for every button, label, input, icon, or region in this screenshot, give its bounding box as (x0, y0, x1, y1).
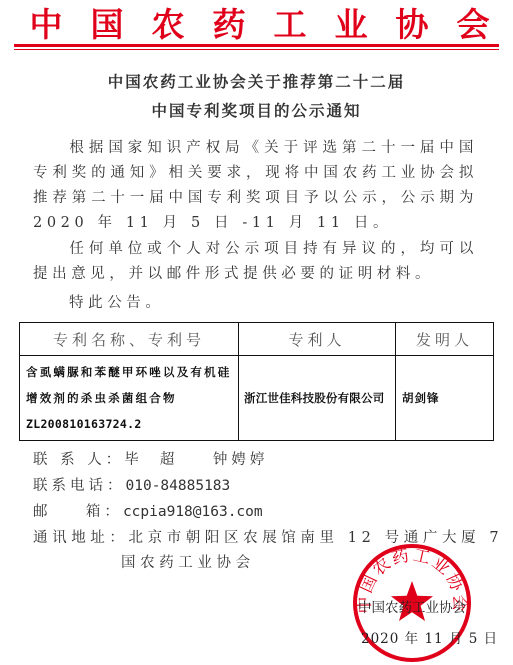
letterhead-divider-thick (14, 44, 499, 47)
letterhead-char: 协 (394, 0, 430, 46)
contact-address-line2: 国农药工业协会 (121, 551, 255, 572)
signature-organization: 中国农药工业协会 (358, 596, 466, 616)
letterhead-char: 国 (89, 0, 125, 46)
cell-patent-name: 含虱螨脲和苯醚甲环唑以及有机硅 增效剂的杀虫杀菌组合物 ZL2008101637… (20, 356, 239, 441)
cell-patentee: 浙江世佳科技股份有限公司 (239, 356, 396, 441)
paragraph-text: 特此公告。 (69, 295, 165, 311)
cell-inventor: 胡剑锋 (396, 356, 494, 441)
header-patentee: 专利人 (239, 323, 396, 356)
document-title-line2: 中国专利奖项目的公示通知 (0, 99, 513, 121)
body-paragraph-1: 根据国家知识产权局《关于评选第二十一届中国专利奖的通知》相关要求，现将中国农药工… (33, 136, 478, 236)
patent-name-line1: 含虱螨脲和苯醚甲环唑以及有机硅 (26, 359, 238, 385)
patent-number: ZL200810163724.2 (26, 411, 238, 437)
letterhead-char: 中 (28, 0, 64, 46)
contact-email-value[interactable]: ccpia918@163.com (123, 504, 263, 520)
contact-email: 邮 箱：ccpia918@163.com (33, 500, 263, 521)
contact-email-label: 邮 箱： (33, 500, 123, 521)
table-header-row: 专利名称、专利号 专利人 发明人 (20, 323, 494, 356)
letterhead: 中 国 农 药 工 业 协 会 (0, 2, 513, 42)
header-patent-name: 专利名称、专利号 (20, 323, 239, 356)
table-row: 含虱螨脲和苯醚甲环唑以及有机硅 增效剂的杀虫杀菌组合物 ZL2008101637… (20, 356, 494, 441)
letterhead-char: 会 (455, 0, 491, 46)
letterhead-divider-thin (14, 49, 499, 50)
letterhead-char: 工 (272, 0, 308, 46)
contact-phone: 联系电话：010-84885183 (33, 474, 230, 495)
body-paragraph-2: 任何单位或个人对公示项目持有异议的，均可以提出意见，并以邮件形式提供必要的证明材… (33, 237, 478, 287)
patent-table: 专利名称、专利号 专利人 发明人 含虱螨脲和苯醚甲环唑以及有机硅 增效剂的杀虫杀… (19, 322, 494, 441)
signature-date: 2020 年 11 月 5 日 (361, 627, 498, 647)
document-title-line1: 中国农药工业协会关于推荐第二十二届 (0, 70, 513, 92)
contact-address-label: 通讯地址： (33, 530, 129, 546)
patent-name-line2: 增效剂的杀虫杀菌组合物 (26, 385, 238, 411)
contact-phone-value: 010-84885183 (126, 478, 231, 494)
contact-person-value: 毕 超 钟娉婷 (124, 452, 268, 468)
letterhead-char: 农 (150, 0, 186, 46)
paragraph-text: 任何单位或个人对公示项目持有异议的，均可以提出意见，并以邮件形式提供必要的证明材… (33, 241, 478, 282)
contact-person: 联 系 人：毕 超 钟娉婷 (33, 448, 268, 469)
contact-phone-label: 联系电话： (33, 474, 126, 495)
letterhead-char: 业 (333, 0, 369, 46)
body-paragraph-3: 特此公告。 (33, 291, 478, 316)
header-inventor: 发明人 (396, 323, 494, 356)
paragraph-text: 根据国家知识产权局《关于评选第二十一届中国专利奖的通知》相关要求，现将中国农药工… (33, 140, 478, 231)
contact-person-label: 联 系 人： (33, 448, 124, 469)
letterhead-char: 药 (211, 0, 247, 46)
